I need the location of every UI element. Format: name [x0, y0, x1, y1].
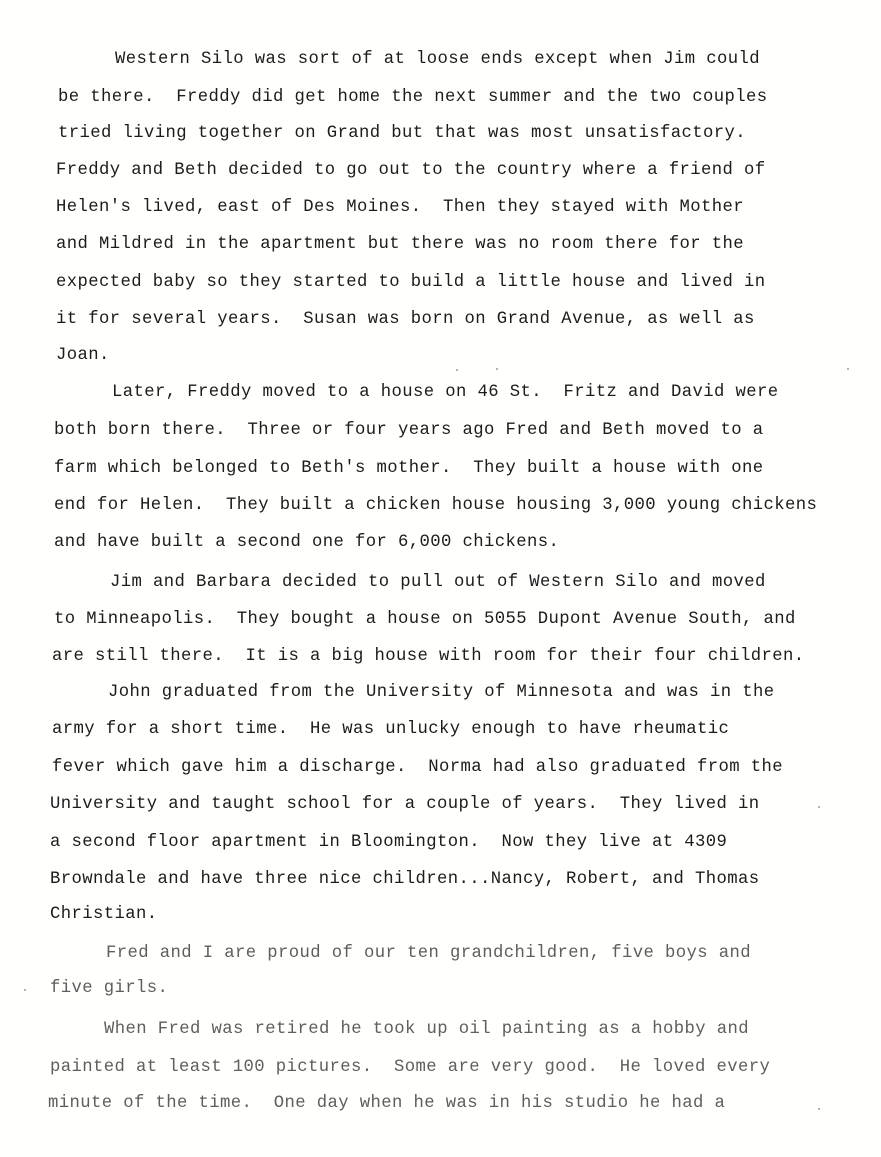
paragraph-2-line-3: farm which belonged to Beth's mother. Th… — [54, 459, 763, 479]
scan-speck — [456, 369, 458, 371]
paragraph-2-line-4: end for Helen. They built a chicken hous… — [54, 496, 817, 516]
paragraph-2-line-2: both born there. Three or four years ago… — [54, 421, 763, 441]
paragraph-1-line-3: tried living together on Grand but that … — [58, 124, 746, 144]
paragraph-4-line-5: a second floor apartment in Bloomington.… — [50, 833, 727, 853]
paragraph-4-line-3: fever which gave him a discharge. Norma … — [52, 758, 783, 778]
paragraph-1-line-1: Western Silo was sort of at loose ends e… — [115, 50, 760, 70]
paragraph-4-line-6: Browndale and have three nice children..… — [50, 870, 759, 890]
document-page: Western Silo was sort of at loose ends e… — [0, 0, 881, 1157]
scan-speck — [818, 1108, 820, 1110]
scan-speck — [496, 368, 498, 370]
paragraph-3-line-3: are still there. It is a big house with … — [52, 647, 804, 667]
paragraph-2-line-1: Later, Freddy moved to a house on 46 St.… — [112, 383, 778, 403]
paragraph-6-line-3: minute of the time. One day when he was … — [48, 1094, 725, 1114]
scan-speck — [818, 806, 820, 808]
paragraph-1-line-7: expected baby so they started to build a… — [56, 273, 765, 293]
paragraph-3-line-1: Jim and Barbara decided to pull out of W… — [110, 573, 766, 593]
paragraph-1-line-2: be there. Freddy did get home the next s… — [58, 88, 767, 108]
paragraph-5-line-1: Fred and I are proud of our ten grandchi… — [106, 944, 751, 964]
scan-speck — [24, 989, 26, 991]
paragraph-4-line-7: Christian. — [50, 905, 157, 925]
paragraph-6-line-2: painted at least 100 pictures. Some are … — [50, 1058, 770, 1078]
paragraph-1-line-9: Joan. — [56, 346, 110, 366]
paragraph-6-line-1: When Fred was retired he took up oil pai… — [104, 1020, 749, 1040]
scan-speck — [847, 368, 849, 370]
paragraph-3-line-2: to Minneapolis. They bought a house on 5… — [54, 610, 796, 630]
paragraph-5-line-2: five girls. — [50, 979, 168, 999]
paragraph-4-line-1: John graduated from the University of Mi… — [108, 683, 774, 703]
paragraph-2-line-5: and have built a second one for 6,000 ch… — [54, 533, 559, 553]
paragraph-1-line-5: Helen's lived, east of Des Moines. Then … — [56, 198, 744, 218]
paragraph-1-line-6: and Mildred in the apartment but there w… — [56, 235, 744, 255]
paragraph-4-line-2: army for a short time. He was unlucky en… — [52, 720, 729, 740]
paragraph-1-line-4: Freddy and Beth decided to go out to the… — [56, 161, 765, 181]
paragraph-4-line-4: University and taught school for a coupl… — [50, 795, 759, 815]
paragraph-1-line-8: it for several years. Susan was born on … — [56, 310, 755, 330]
